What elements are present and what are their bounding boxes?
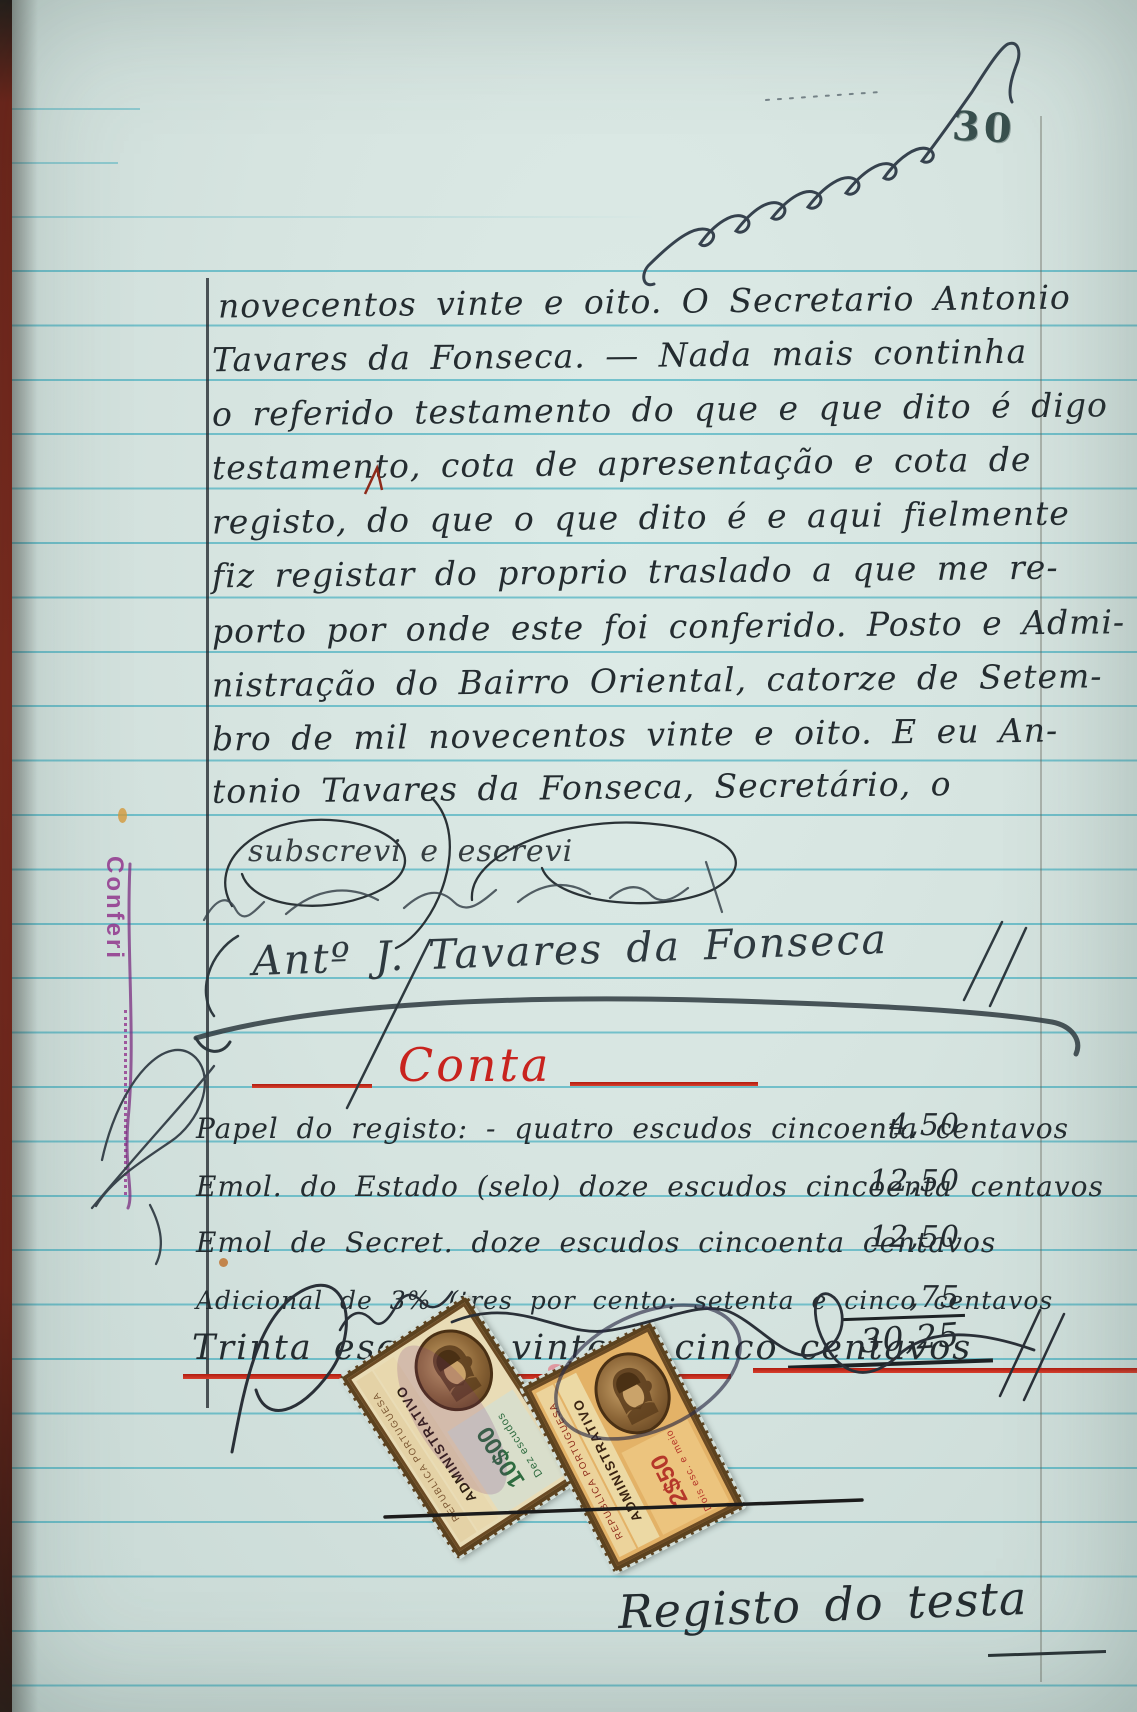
right-margin-line xyxy=(1040,116,1042,1682)
manuscript-flourish-words: subscrevi e escrevi xyxy=(248,834,573,869)
conta-dash-right xyxy=(570,1082,758,1086)
conta-row-amount: 12,50 xyxy=(820,1164,960,1199)
registry-book-page: 30 novecentos vinte e oito. O Secretario… xyxy=(0,0,1137,1712)
conta-dash-left xyxy=(252,1084,372,1088)
conta-row-desc: Emol. do Estado (selo) doze escudos cinc… xyxy=(196,1170,1104,1203)
conta-row-amount: 4,50 xyxy=(820,1108,960,1143)
binding-shadow xyxy=(12,0,38,1712)
ruled-line-partial xyxy=(0,216,660,218)
conferi-dotted-line xyxy=(124,1010,127,1195)
manuscript-line: tonio Tavares da Fonseca, Secretário, o xyxy=(212,764,952,811)
total-red-underline-amount xyxy=(753,1368,1137,1373)
paper-fleck xyxy=(118,808,127,823)
conta-heading: Conta xyxy=(398,1038,551,1092)
conta-row-amount: 12,50 xyxy=(820,1220,960,1255)
republic-head-icon xyxy=(414,1329,494,1412)
conferi-margin-stamp: Conferi xyxy=(100,856,128,961)
binding-edge xyxy=(0,0,12,1712)
ruled-lines xyxy=(0,270,1137,1712)
paper-fleck xyxy=(219,1258,228,1267)
conta-row-amount: ,75 xyxy=(830,1280,960,1315)
republic-head-icon xyxy=(594,1353,671,1435)
page-number-stamp: 30 xyxy=(951,102,1017,152)
top-right-rubric xyxy=(644,43,1019,285)
